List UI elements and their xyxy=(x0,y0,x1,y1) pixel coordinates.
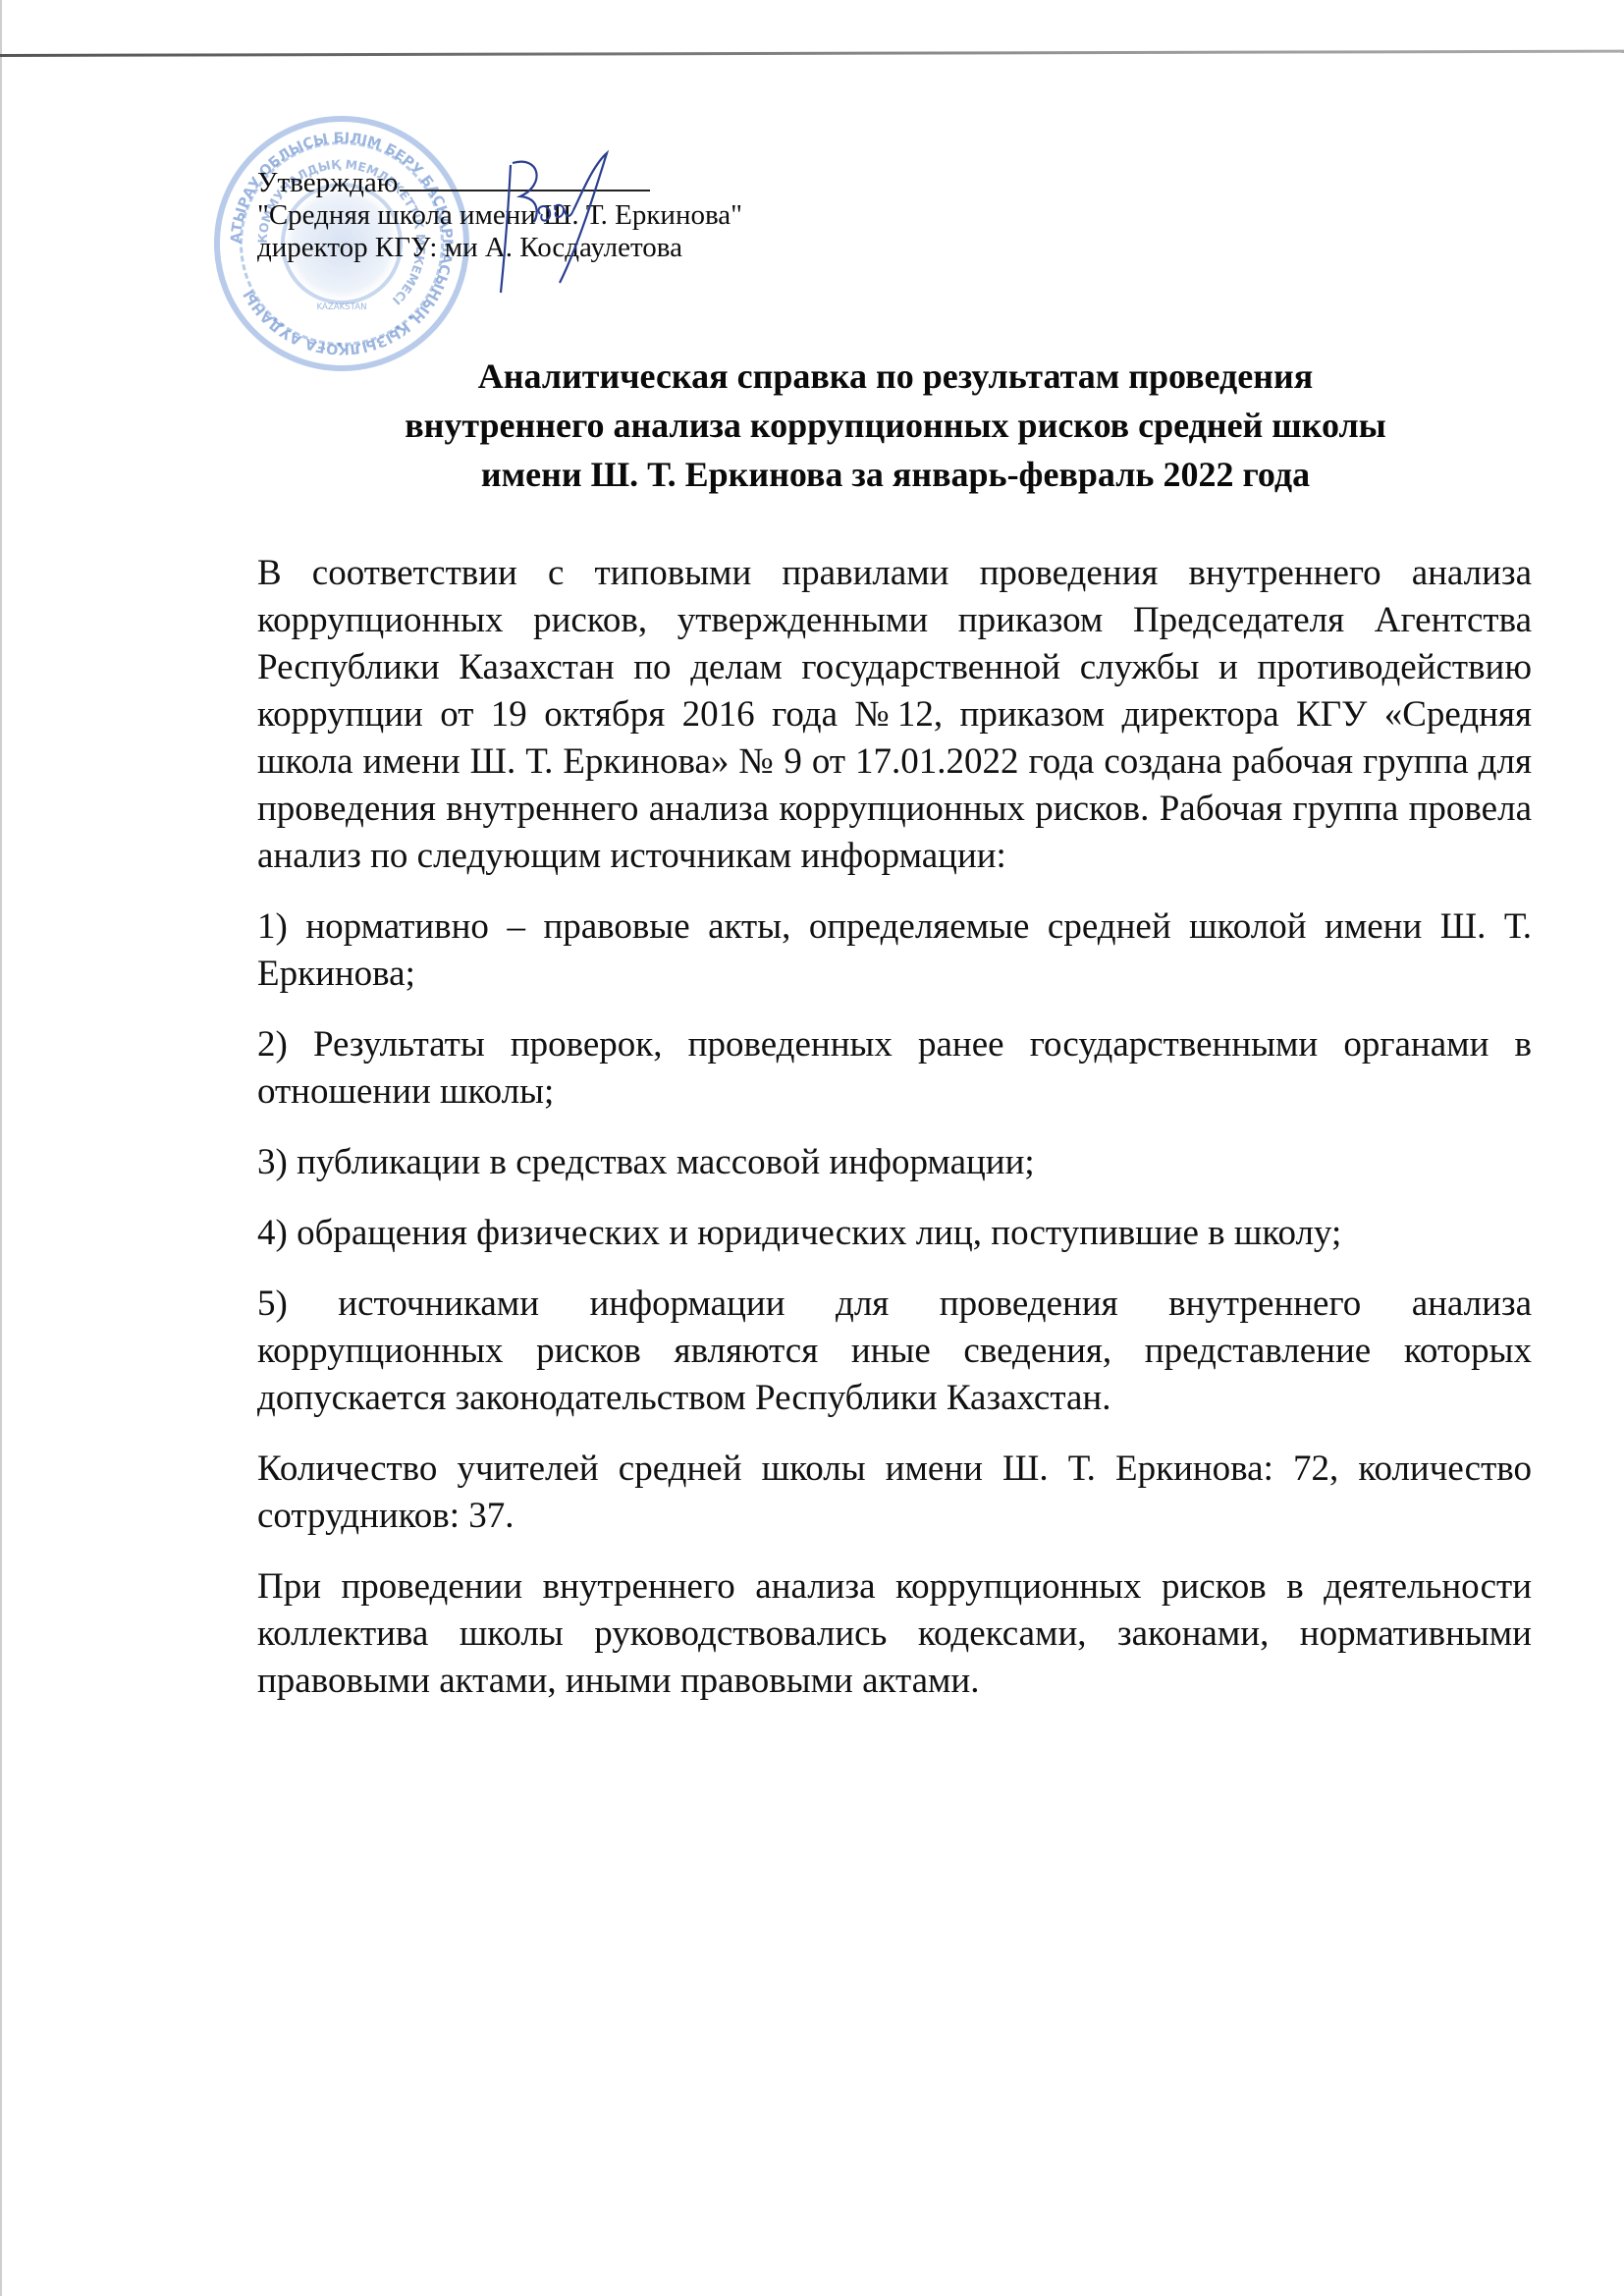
scan-edge xyxy=(0,0,2,2296)
paragraph-staff-count: Количество учителей средней школы имени … xyxy=(257,1446,1532,1540)
list-item-1: 1) нормативно – правовые акты, определяе… xyxy=(257,903,1532,998)
list-item-2: 2) Результаты проверок, проведенных ране… xyxy=(257,1021,1532,1116)
signature-icon xyxy=(491,145,619,302)
list-item-5: 5) источниками информации для проведения… xyxy=(257,1281,1532,1422)
list-item-3: 3) публикации в средствах массовой инфор… xyxy=(257,1139,1532,1186)
paragraph-conclusion: При проведении внутреннего анализа корру… xyxy=(257,1563,1532,1705)
list-item-4: 4) обращения физических и юридических ли… xyxy=(257,1210,1532,1257)
title-line-3: имени Ш. Т. Еркинова за январь-февраль 2… xyxy=(257,450,1534,499)
approve-label: Утверждаю xyxy=(257,167,398,198)
scan-fold-line xyxy=(0,50,1624,57)
title-line-2: внутреннего анализа коррупционных рисков… xyxy=(257,401,1534,450)
document-body: В соответствии с типовыми правилами пров… xyxy=(257,550,1532,1705)
svg-text:KAZAKSTAN: KAZAKSTAN xyxy=(316,302,366,312)
document-title: Аналитическая справка по результатам про… xyxy=(257,352,1534,499)
title-line-1: Аналитическая справка по результатам про… xyxy=(257,352,1534,401)
paragraph-intro: В соответствии с типовыми правилами пров… xyxy=(257,550,1532,880)
